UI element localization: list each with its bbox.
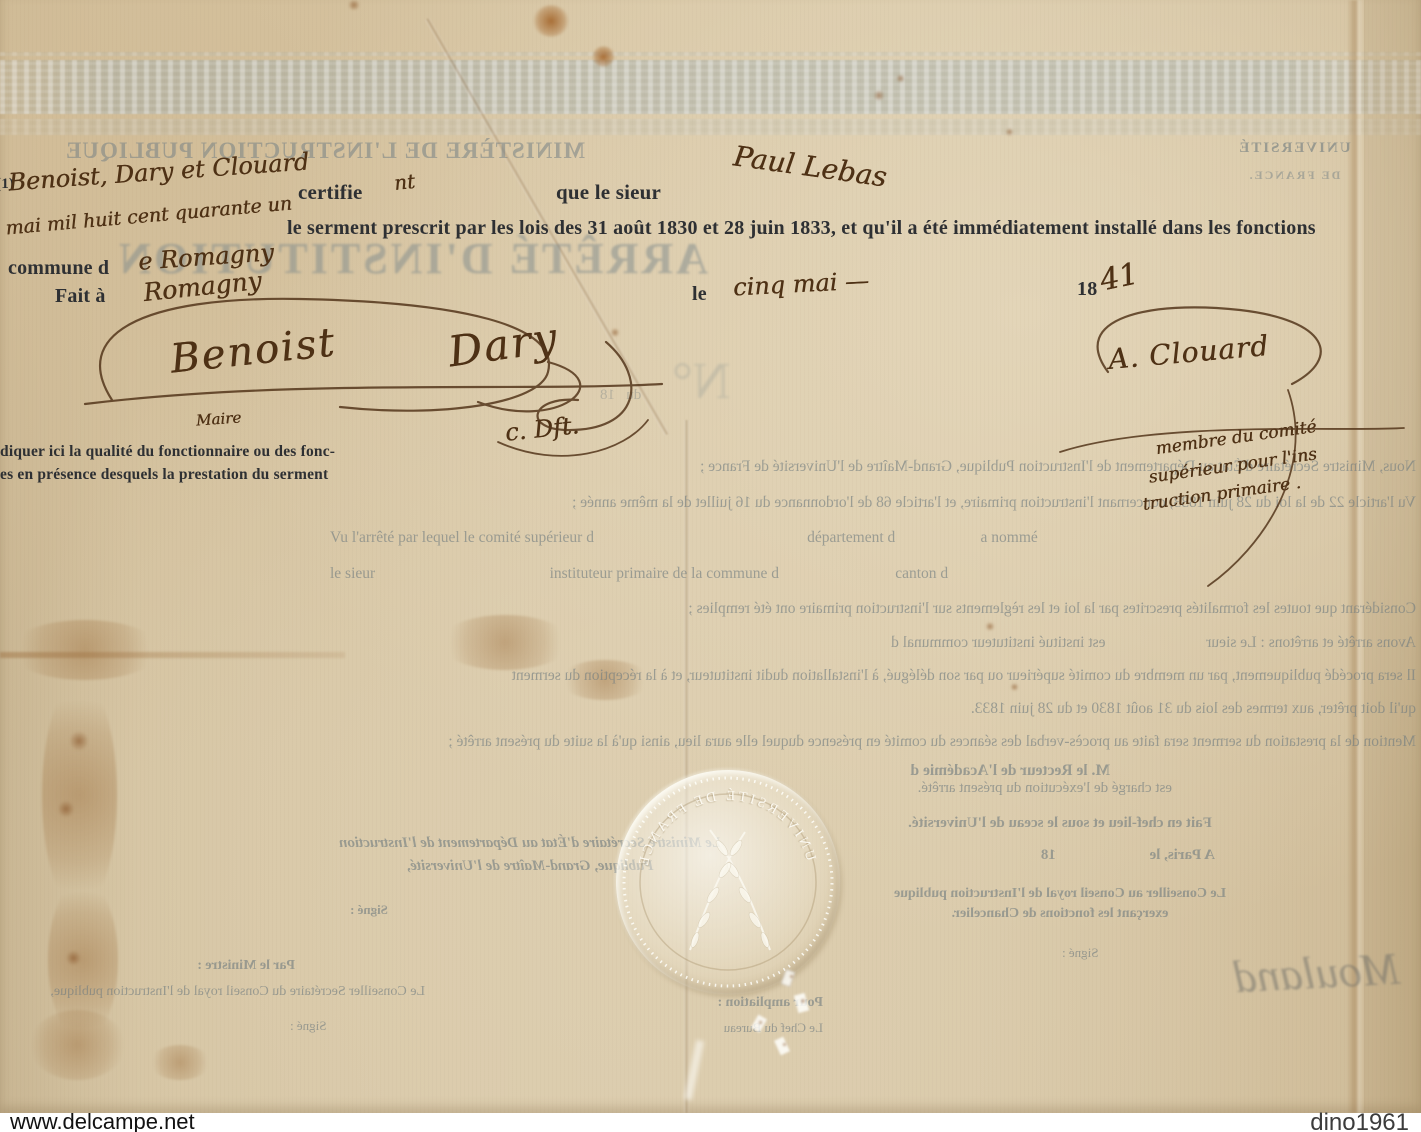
year-prefix: 18 [1077, 278, 1097, 301]
fait-label: Fait à [55, 285, 106, 308]
benoist-title: Maire [195, 408, 241, 429]
ornamental-border-band-thin [0, 119, 1421, 135]
ornamental-border-band-top-line [0, 52, 1421, 56]
hw-certify-suffix: nt [393, 169, 416, 195]
commune-label: commune d [8, 257, 109, 280]
watermark-dino1961: dino1961 [1310, 1109, 1409, 1132]
margin-note-line: diquer ici la qualité du fonctionnaire o… [0, 443, 335, 461]
margin-note-line: es en présence desquels la prestation du… [0, 466, 328, 484]
embossed-university-seal: UNIVERSITÉ DE FRANCE [616, 770, 840, 994]
date-label: le [692, 283, 707, 306]
certify-word: certifie [298, 180, 363, 205]
serment-line: le serment prescrit par les lois des 31 … [287, 217, 1421, 240]
photo-background-strip [0, 1113, 1421, 1132]
ornamental-border-band [0, 60, 1421, 114]
watermark-delcampe: www.delcampe.net [10, 1109, 195, 1132]
seal-artwork: UNIVERSITÉ DE FRANCE [616, 770, 840, 994]
sieur-label: que le sieur [556, 180, 661, 205]
document-photo: MINISTÈRE DE L'INSTRUCTION PUBLIQUE UNIV… [0, 0, 1421, 1132]
